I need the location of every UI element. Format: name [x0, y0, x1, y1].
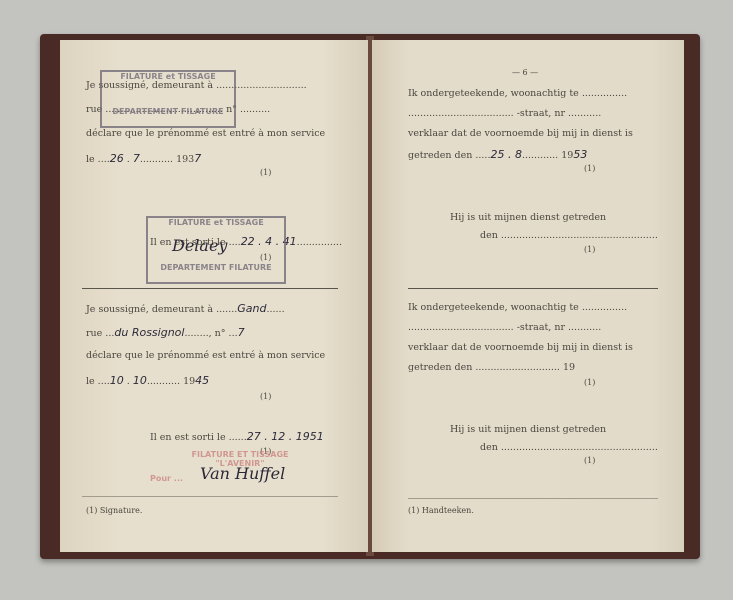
r-exit2-line2: den ....................................…: [480, 442, 658, 453]
r-exit1-line1: Hij is uit mijnen dienst getreden: [450, 212, 606, 223]
entry1-line3: déclare que le prénommé est entré à mon …: [86, 128, 325, 139]
signature-1: Delaey: [172, 236, 227, 255]
entry2-city: Gand: [237, 302, 266, 315]
entry2-line4: le ....10 . 10........... 1945: [86, 374, 209, 387]
entry1-line4: le ....26 . 7........... 1937: [86, 152, 201, 165]
r-entry1-line1: Ik ondergeteekende, woonachtig te ......…: [408, 88, 627, 99]
entry2-line3: déclare que le prénommé est entré à mon …: [86, 350, 325, 361]
entry2-note: (1): [260, 392, 271, 401]
r-entry2-note: (1): [584, 378, 595, 387]
entry2-number: 7: [238, 326, 245, 339]
r-section-divider: [408, 288, 658, 289]
page-number: — 6 —: [512, 68, 538, 77]
entry1-month: 7: [133, 152, 140, 165]
r-entry2-line2: ................................... -str…: [408, 322, 601, 333]
r-exit2-line1: Hij is uit mijnen dienst getreden: [450, 424, 606, 435]
r-entry1-date: 25 . 8: [490, 148, 522, 161]
entry2-line2: rue ...du Rossignol........, n° ...7: [86, 326, 245, 339]
stamp-filature-1: FILATURE et TISSAGEDEPARTEMENT FILATURE: [100, 70, 236, 128]
r-entry1-line3: verklaar dat de voornoemde bij mij in di…: [408, 128, 633, 139]
r-exit2-note: (1): [584, 456, 595, 465]
r-footnote-divider: [408, 498, 658, 499]
entry1-day: 26: [110, 152, 124, 165]
footnote-divider: [82, 496, 338, 497]
entry1-note: (1): [260, 168, 271, 177]
r-exit1-note: (1): [584, 245, 595, 254]
r-entry2-line3: verklaar dat de voornoemde bij mij in di…: [408, 342, 633, 353]
right-page: — 6 — Ik ondergeteekende, woonachtig te …: [372, 40, 684, 552]
r-entry2-line1: Ik ondergeteekende, woonachtig te ......…: [408, 302, 627, 313]
r-entry2-line4: getreden den ...........................…: [408, 362, 575, 373]
r-exit1-line2: den ....................................…: [480, 230, 658, 241]
r-entry1-line4: getreden den .....25 . 8............ 195…: [408, 148, 587, 161]
footnote: (1) Signature.: [86, 506, 142, 515]
r-entry1-note: (1): [584, 164, 595, 173]
entry2-street: du Rossignol: [114, 326, 184, 339]
entry2-line1: Je soussigné, demeurant à .......Gand...…: [86, 302, 285, 315]
exit2-date: 27 . 12 . 1951: [247, 430, 324, 443]
exit2-line: Il en est sorti le ......27 . 12 . 1951: [150, 430, 324, 443]
section-divider: [82, 288, 338, 289]
entry1-year: 7: [194, 152, 201, 165]
left-page: Je soussigné, demeurant à ..............…: [60, 40, 368, 552]
r-footnote: (1) Handteeken.: [408, 506, 474, 515]
signature-2: Van Huffel: [200, 464, 285, 483]
r-entry1-line2: ................................... -str…: [408, 108, 601, 119]
